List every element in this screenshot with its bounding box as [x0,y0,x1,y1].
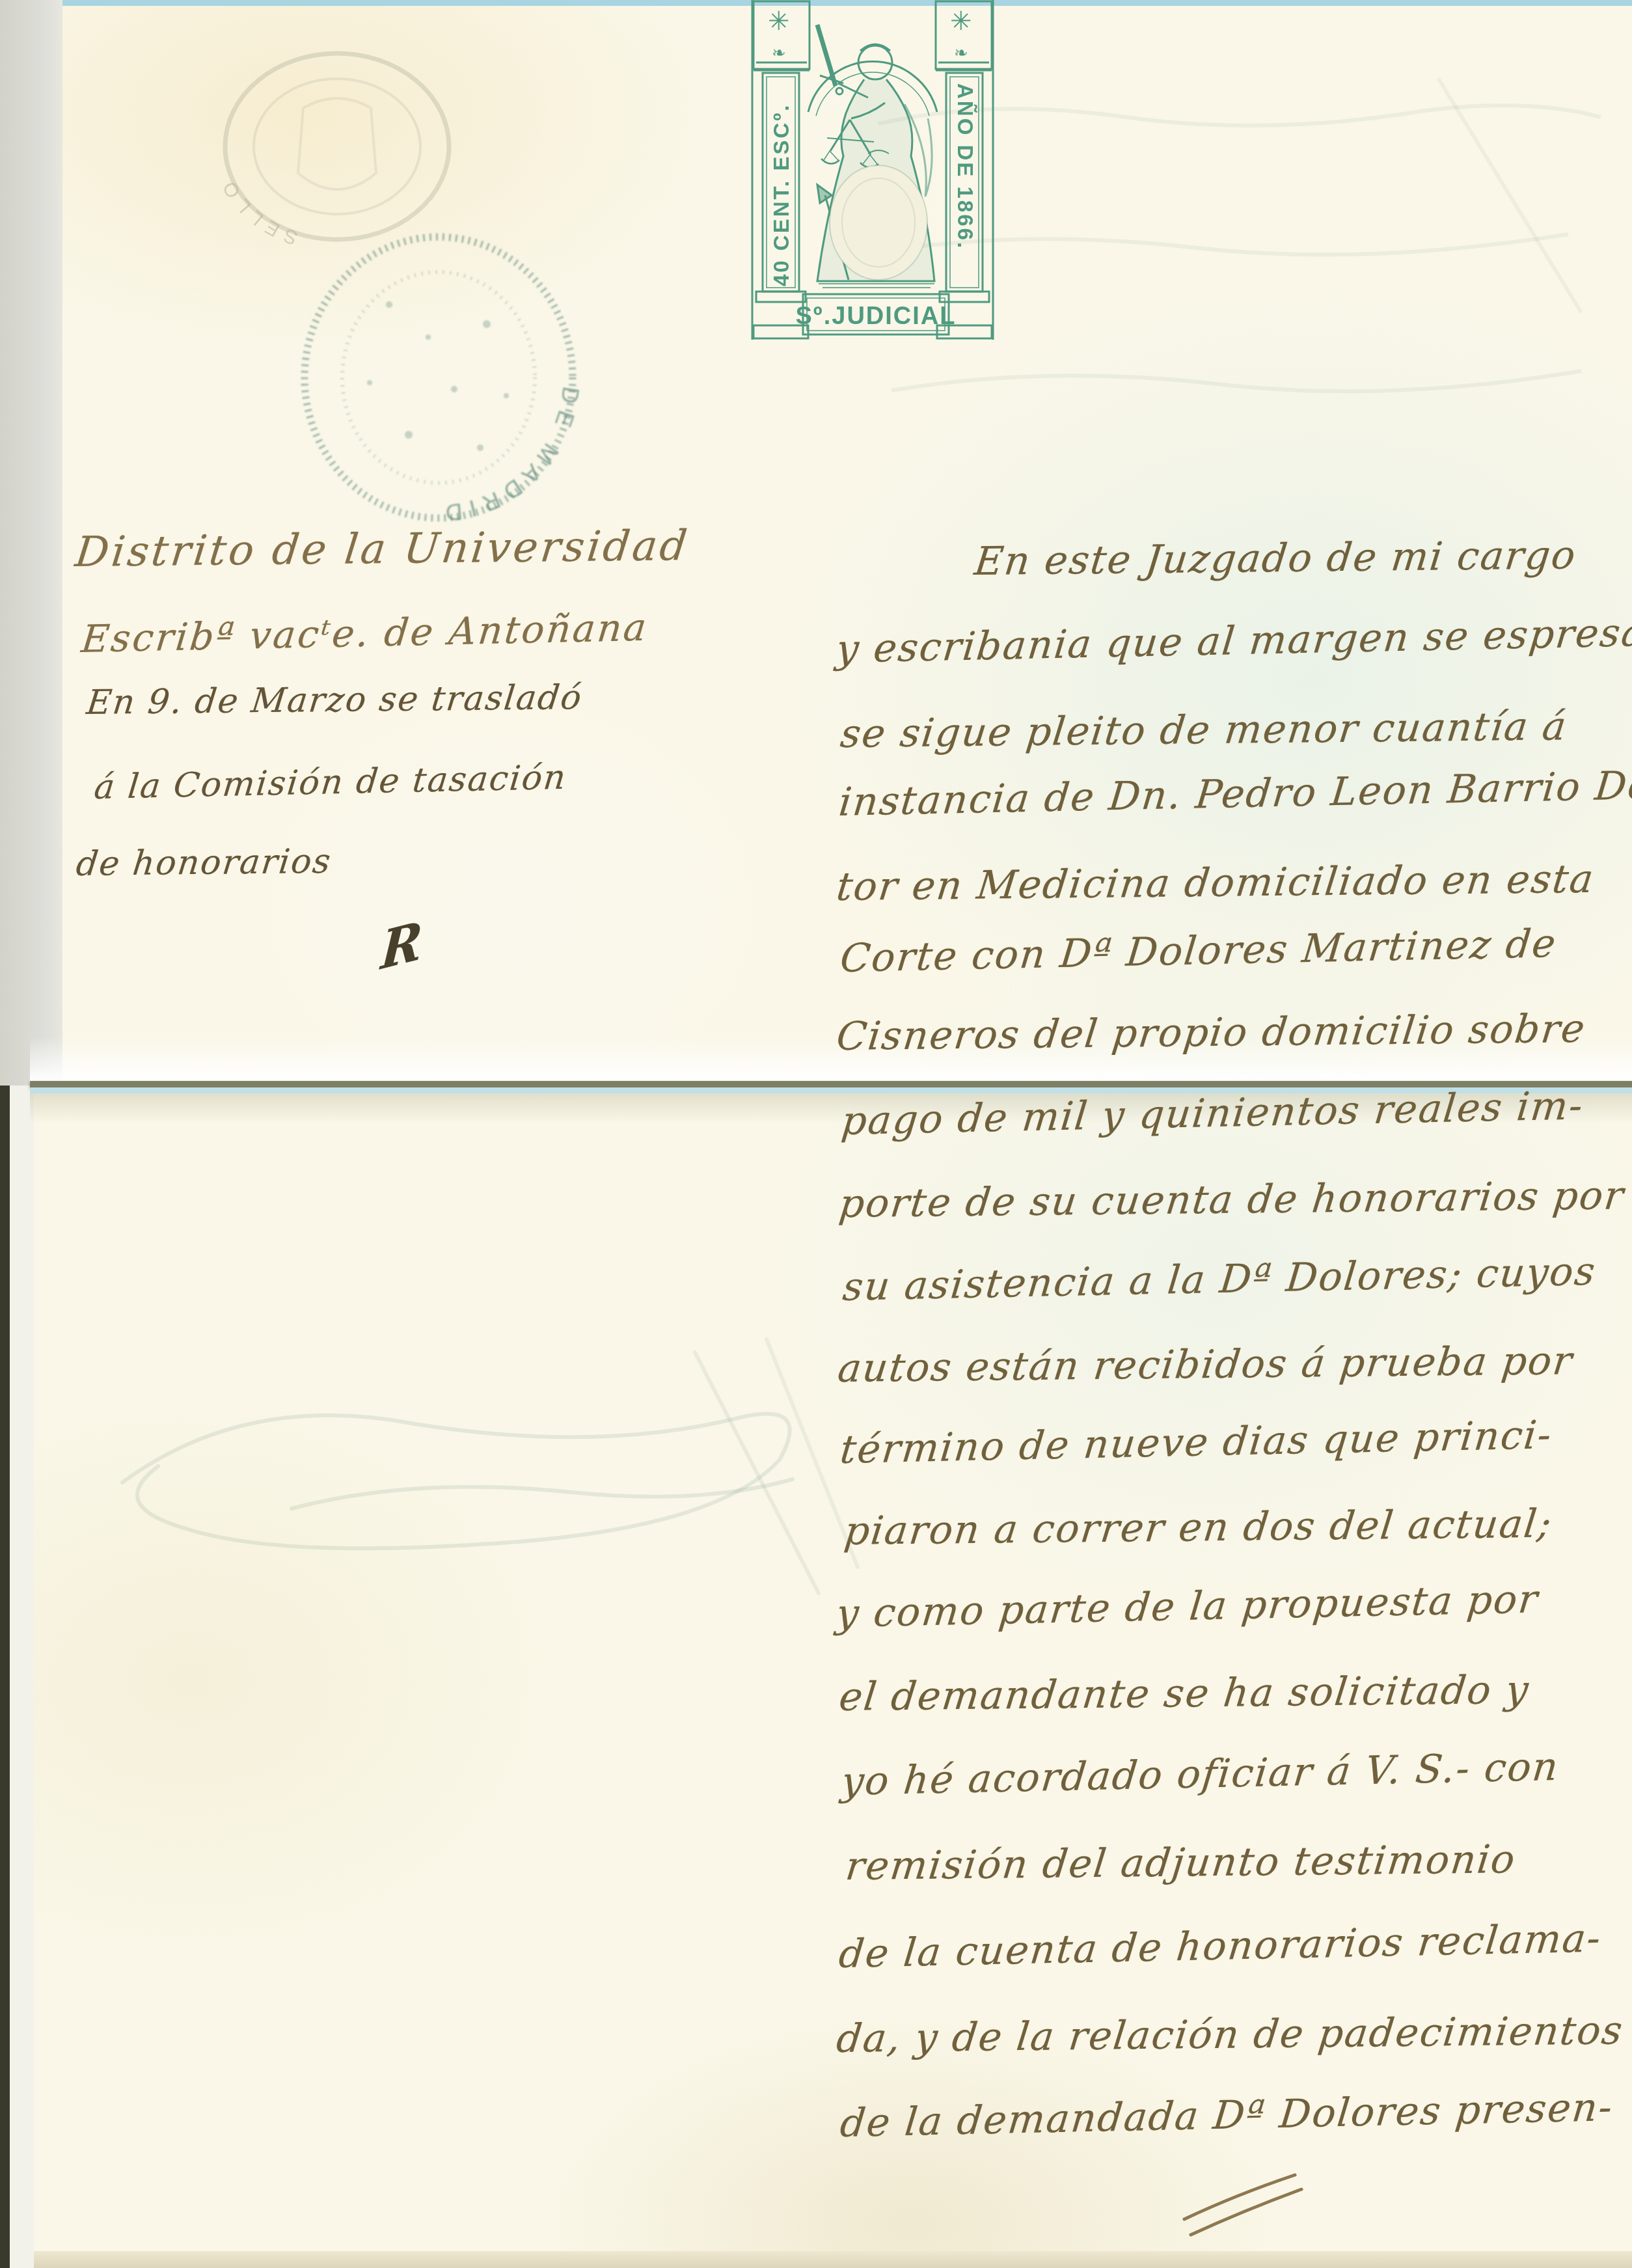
body-line: tor en Medicina domiciliado en esta [834,856,1597,910]
scanner-edge-left-dark [0,1086,10,2268]
body-line: piaron a correr en dos del actual; [842,1501,1555,1554]
body-line: su asistencia a la Dª Dolores; cuyos [841,1249,1598,1310]
margin-note-line: de honorarios [74,842,334,884]
body-line: Corte con Dª Dolores Martinez de [838,921,1559,981]
scanned-document: SELLO DE MADRID [0,0,1632,2268]
margin-header-line: Escribª vacᵗe. de Antoñana [79,605,651,661]
margin-header-line: Distrito de la Universidad [73,522,692,577]
margin-annotations: Distrito de la Universidad Escribª vacᵗe… [73,0,782,1106]
body-line: de la demandada Dª Dolores presen- [838,2084,1616,2146]
body-line: Cisneros del propio domicilio sobre [834,1006,1588,1059]
body-line: da, y de la relación de padecimientos [834,2008,1626,2062]
body-line: el demandante se ha solicitado y [837,1667,1532,1720]
body-line: y como parte de la propuesta por [834,1576,1541,1637]
body-line: En este Juzgado de mi cargo [972,532,1579,584]
body-line: se sigue pleito de menor cuantía á [838,704,1570,757]
margin-note-line: En 9. de Marzo se trasladó [85,678,584,722]
body-line: porte de su cuenta de honorarios por [837,1173,1627,1227]
body-line: y escribania que al margen se espresa [834,610,1632,672]
body-line: yo hé acordado oficiar á V. S.- con [839,1744,1561,1805]
body-line: término de nueve dias que princi- [838,1412,1555,1473]
body-line: pago de mil y quinientos reales im- [839,1083,1586,1144]
rubric-mark: R [379,910,425,982]
margin-note-line: á la Comisión de tasación [92,758,569,807]
body-line: instancia de Dn. Pedro Leon Barrio Do- [837,762,1632,825]
body-line: de la cuenta de honorarios reclama- [837,1916,1604,1977]
end-mark [1176,2159,1316,2240]
body-line: autos están recibidos á prueba por [836,1338,1575,1391]
letter-body: En este Juzgado de mi cargo y escribania… [834,0,1632,2268]
ghost-signature [77,1313,893,1622]
scanner-edge-left-top [0,0,62,1086]
body-line: remisión del adjunto testimonio [843,1837,1518,1889]
